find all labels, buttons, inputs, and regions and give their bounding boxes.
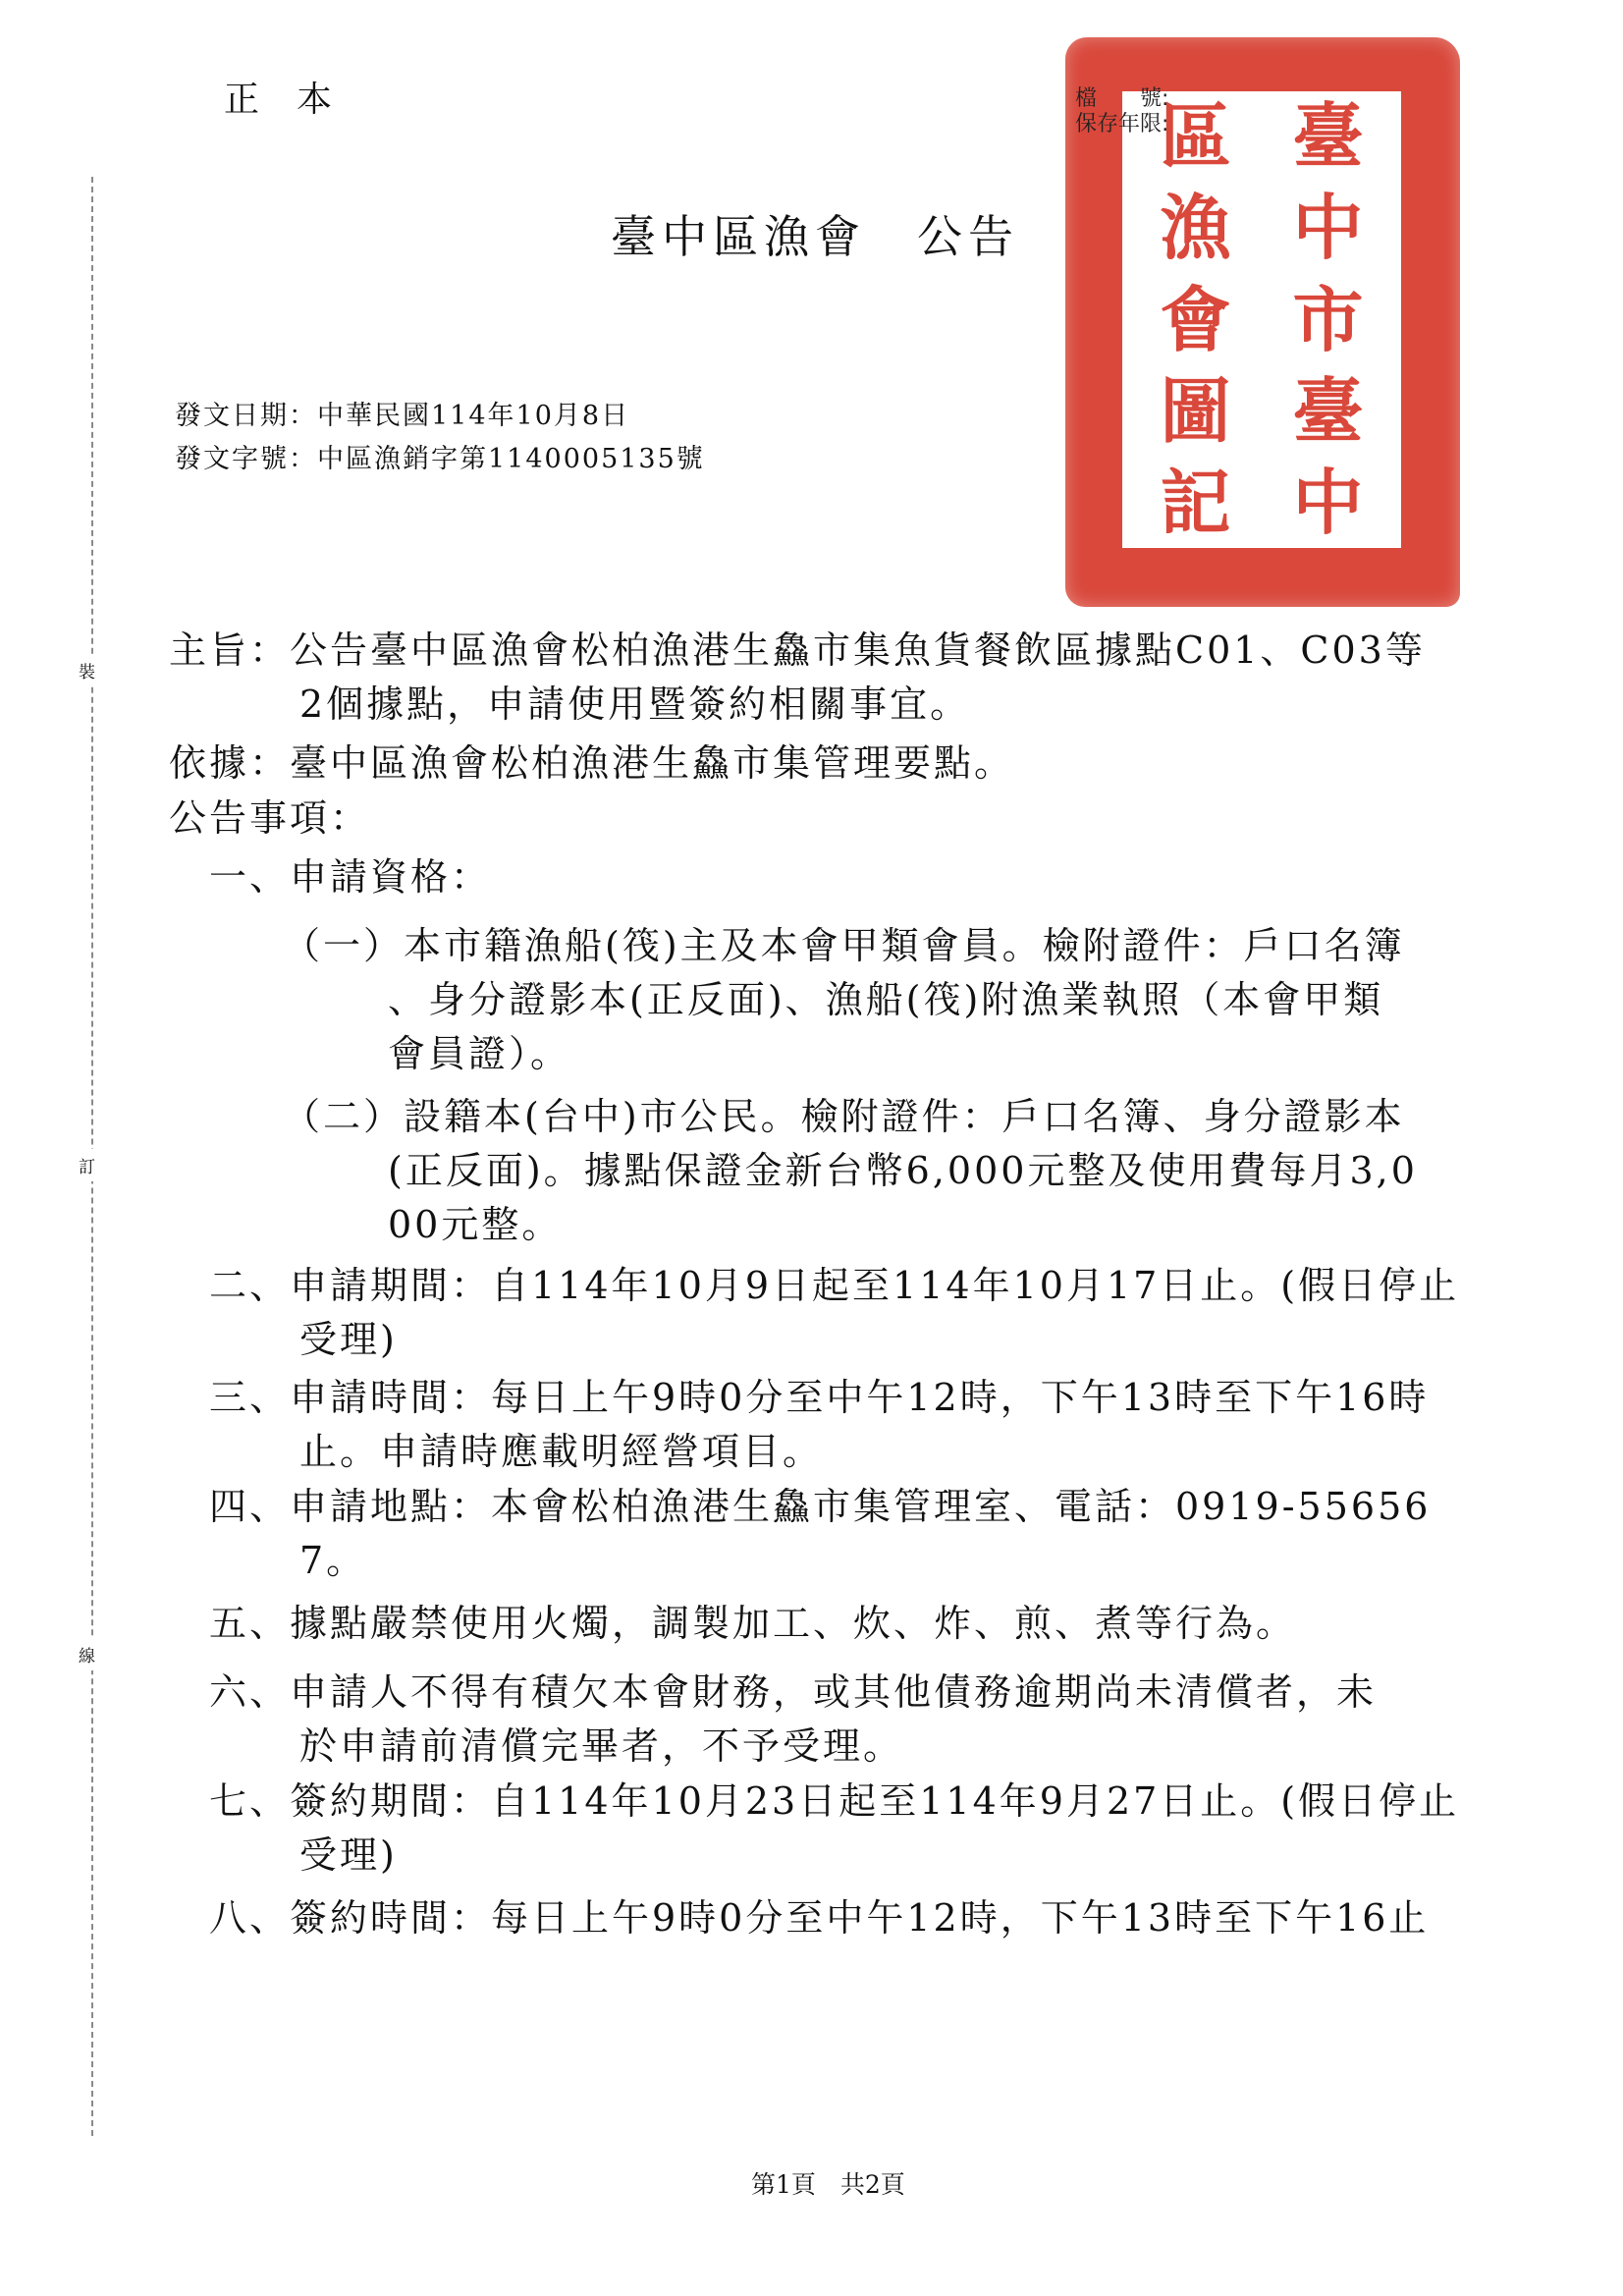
binding-char-zhuang: 裝	[79, 654, 95, 686]
subject-line-1: 主旨：公告臺中區漁會松柏漁港生鱻市集魚貨餐飲區據點C01、C03等	[169, 631, 1426, 669]
item-4-line-1: 四、申請地點：本會松柏漁港生鱻市集管理室、電話：0919-55656	[209, 1488, 1431, 1525]
seal-glyph: 中	[1292, 467, 1363, 538]
issue-number: 發文字號：中區漁銷字第1140005135號	[175, 446, 705, 472]
item-4-line-2: 7。	[299, 1542, 366, 1579]
item-1-sub-1-line-3: 會員證）。	[388, 1035, 570, 1072]
seal-column-right: 臺 中 市 臺 中	[1265, 101, 1391, 538]
basis: 依據：臺中區漁會松柏漁港生鱻市集管理要點。	[169, 744, 1014, 782]
file-number-label: 檔 號:	[1075, 86, 1168, 112]
seal-glyph: 臺	[1292, 376, 1363, 447]
item-2-line-1: 二、申請期間：自114年10月9日起至114年10月17日止。(假日停止	[209, 1267, 1459, 1304]
seal-glyph: 會	[1160, 285, 1230, 355]
seal-glyph: 中	[1292, 192, 1363, 263]
item-6-line-2: 於申請前清償完畢者，不予受理。	[299, 1727, 903, 1765]
item-2-line-2: 受理)	[299, 1321, 398, 1358]
item-5-line-1: 五、據點嚴禁使用火燭，調製加工、炊、炸、煎、煮等行為。	[209, 1605, 1296, 1642]
seal-glyph: 區	[1160, 101, 1230, 172]
item-1-sub-2-line-1: （二）設籍本(台中)市公民。檢附證件：戶口名簿、身分證影本	[283, 1098, 1405, 1135]
item-1-sub-2-line-2: (正反面)。據點保證金新台幣6,000元整及使用費每月3,0	[388, 1152, 1418, 1189]
item-1-heading: 一、申請資格：	[209, 858, 491, 896]
item-1-sub-2-line-3: 00元整。	[388, 1206, 562, 1243]
items-heading: 公告事項：	[169, 799, 370, 837]
binding-char-ding: 訂	[79, 1149, 95, 1181]
filing-info: 檔 號: 保存年限:	[1075, 86, 1168, 137]
seal-glyph: 圖	[1160, 376, 1230, 447]
item-7-line-2: 受理)	[299, 1836, 398, 1874]
seal-glyph: 漁	[1160, 192, 1230, 263]
item-1-sub-1-line-1: （一）本市籍漁船(筏)主及本會甲類會員。檢附證件：戶口名簿	[283, 927, 1405, 964]
seal-glyph: 市	[1292, 285, 1363, 355]
item-3-line-1: 三、申請時間：每日上午9時0分至中午12時，下午13時至下午16時	[209, 1379, 1429, 1416]
issue-date: 發文日期：中華民國114年10月8日	[175, 403, 629, 429]
document-title: 臺中區漁會 公告	[611, 214, 1019, 259]
subject-line-2: 2個據點，申請使用暨簽約相關事宜。	[299, 685, 970, 723]
seal-column-left: 區 漁 會 圖 記	[1132, 101, 1259, 538]
retention-period-label: 保存年限:	[1075, 112, 1168, 137]
seal-glyph: 記	[1160, 467, 1230, 538]
copy-mark: 正本	[224, 82, 369, 118]
seal-glyph: 臺	[1292, 101, 1363, 172]
item-7-line-1: 七、簽約期間：自114年10月23日起至114年9月27日止。(假日停止	[209, 1782, 1459, 1820]
item-6-line-1: 六、申請人不得有積欠本會財務，或其他債務逾期尚未清償者，未	[209, 1673, 1377, 1711]
item-3-line-2: 止。申請時應載明經營項目。	[299, 1433, 823, 1470]
item-1-sub-1-line-2: 、身分證影本(正反面)、漁船(筏)附漁業執照（本會甲類	[388, 981, 1383, 1018]
seal-window: 區 漁 會 圖 記 臺 中 市 臺 中	[1122, 91, 1401, 548]
item-8-line-1: 八、簽約時間：每日上午9時0分至中午12時，下午13時至下午16止	[209, 1899, 1429, 1937]
binding-char-xian: 線	[79, 1638, 95, 1670]
page-number: 第1頁 共2頁	[751, 2172, 905, 2197]
